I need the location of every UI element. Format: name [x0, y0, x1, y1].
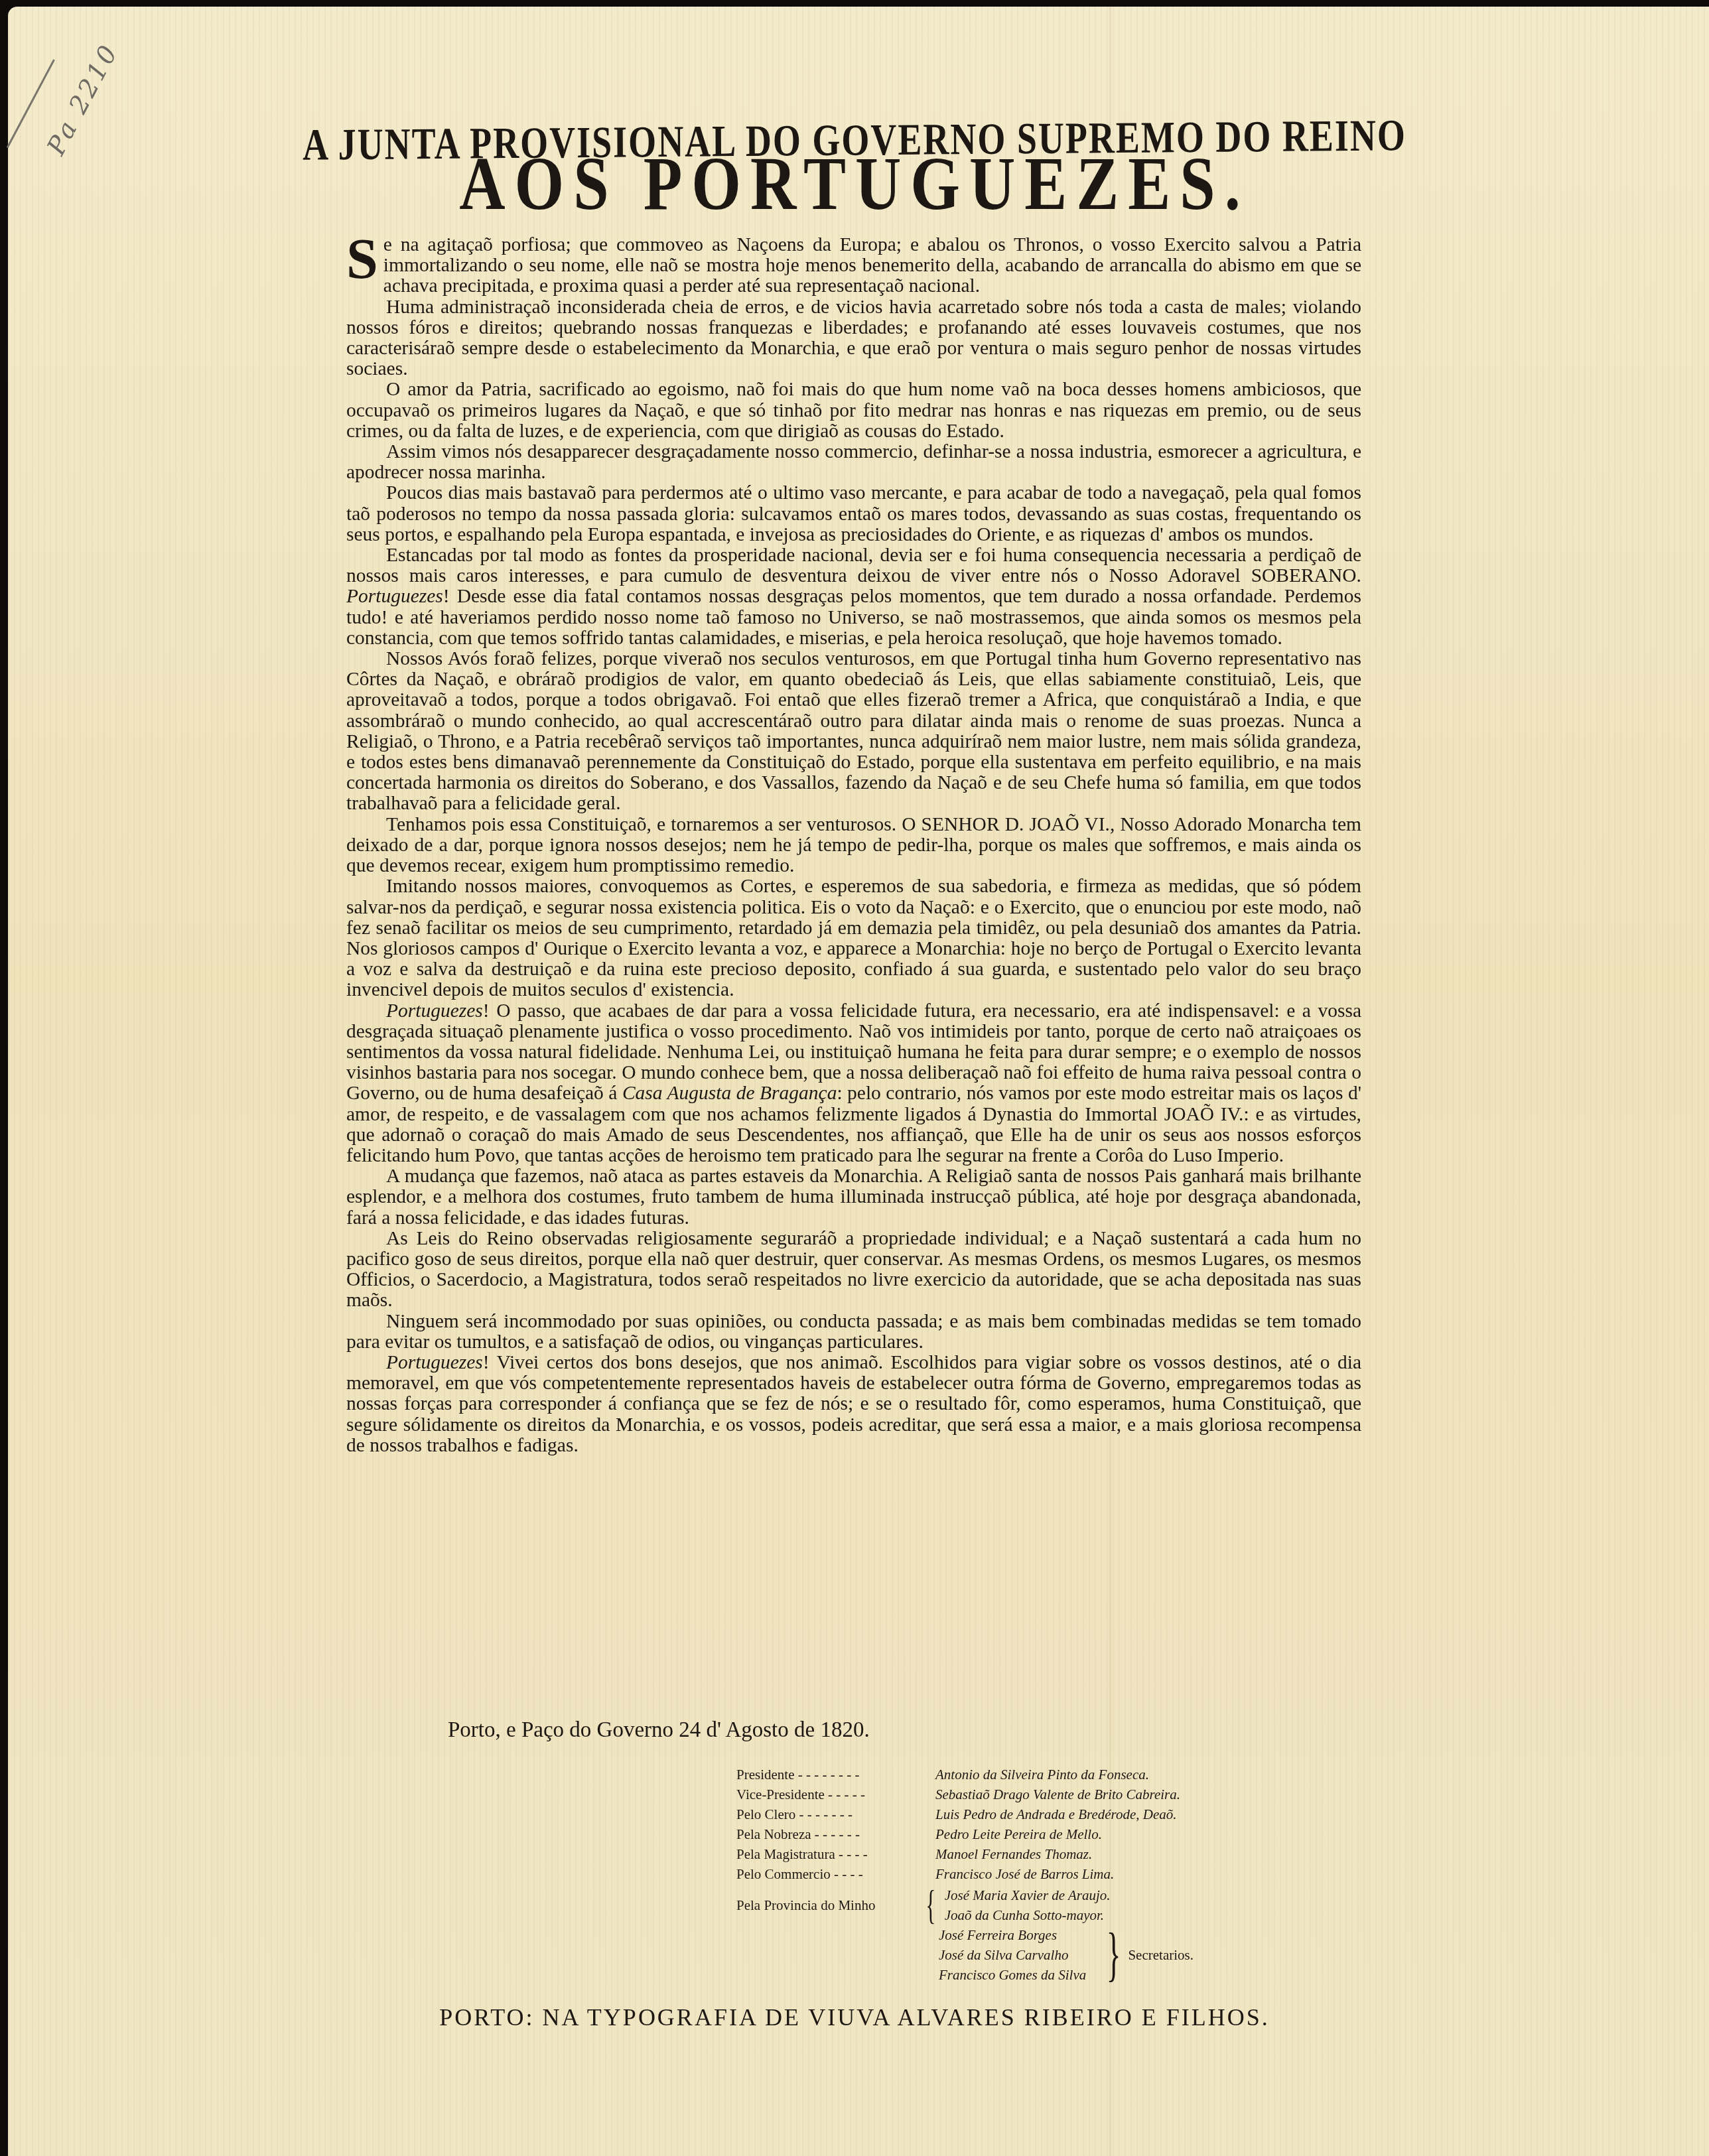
- secretary-names: José Ferreira BorgesJosé da Silva Carval…: [736, 1925, 1086, 1985]
- paragraph: O amor da Patria, sacrificado ao egoismo…: [346, 379, 1361, 442]
- printer-imprint: PORTO: NA TYPOGRAFIA DE VIUVA ALVARES RI…: [0, 2003, 1709, 2031]
- signatory-name: Manoel Fernandes Thomaz.: [935, 1844, 1092, 1864]
- italic-emphasis: Portuguezes: [386, 1352, 483, 1373]
- paragraph: Assim vimos nós desapparecer desgraçadam…: [346, 442, 1361, 483]
- proclamation-body: Se na agitaçaõ porfiosa; que commoveo as…: [346, 235, 1361, 1456]
- paragraph: Se na agitaçaõ porfiosa; que commoveo as…: [346, 235, 1361, 297]
- signatory-name: José Maria Xavier de Araujo.: [945, 1885, 1111, 1905]
- italic-emphasis: Portuguezes: [346, 586, 443, 607]
- signatory-name: Francisco José de Barros Lima.: [935, 1864, 1114, 1884]
- paragraph: Nossos Avós foraõ felizes, porque vivera…: [346, 649, 1361, 815]
- signature-row: Presidente - - - - - - - -Antonio da Sil…: [736, 1765, 1194, 1785]
- signature-block: Presidente - - - - - - - -Antonio da Sil…: [736, 1765, 1194, 1985]
- paragraph: Estancadas por tal modo as fontes da pro…: [346, 545, 1361, 649]
- signatory-name: Luis Pedro de Andrada e Bredérode, Deaõ.: [935, 1804, 1177, 1824]
- paragraph: Huma administraçaõ inconsiderada cheia d…: [346, 297, 1361, 380]
- paragraph: As Leis do Reino observadas religiosamen…: [346, 1229, 1361, 1312]
- signatory-role: Presidente - - - - - - - -: [736, 1765, 935, 1785]
- paragraph: A mudança que fazemos, naõ ataca as part…: [346, 1166, 1361, 1229]
- signatory-role: Pelo Clero - - - - - - -: [736, 1804, 935, 1824]
- secretaries-label: Secretarios.: [1128, 1945, 1194, 1965]
- paragraph: Ninguem será incommodado por suas opiniõ…: [346, 1312, 1361, 1353]
- signatory-name: Sebastiaõ Drago Valente de Brito Cabreir…: [935, 1785, 1180, 1804]
- secretaries-group: José Ferreira BorgesJosé da Silva Carval…: [736, 1925, 1194, 1985]
- document-headline: AOS PORTUGUEZES.: [0, 139, 1709, 227]
- paragraph: Portuguezes! O passo, que acabaes de dar…: [346, 1001, 1361, 1167]
- signatory-name: Francisco Gomes da Silva: [939, 1965, 1086, 1985]
- right-brace-icon: }: [1107, 1925, 1121, 1985]
- signature-row: Pela Nobreza - - - - - -Pedro Leite Pere…: [736, 1824, 1194, 1844]
- drop-cap: S: [346, 237, 378, 280]
- signatory-role: Vice-Presidente - - - - -: [736, 1785, 935, 1804]
- signatory-role: Pela Magistratura - - - -: [736, 1844, 935, 1864]
- signatory-name: José da Silva Carvalho: [939, 1945, 1086, 1965]
- signature-row: Pelo Clero - - - - - - -Luis Pedro de An…: [736, 1804, 1194, 1824]
- paragraph: Imitando nossos maiores, convoquemos as …: [346, 876, 1361, 1000]
- italic-emphasis: Portuguezes: [386, 1000, 483, 1022]
- paragraph: Poucos dias mais bastavaõ para perdermos…: [346, 483, 1361, 545]
- left-brace-icon: {: [925, 1885, 935, 1925]
- signatory-role: Pela Nobreza - - - - - -: [736, 1824, 935, 1844]
- paragraph: Portuguezes! Vivei certos dos bons desej…: [346, 1353, 1361, 1456]
- minho-names: José Maria Xavier de Araujo.Joaõ da Cunh…: [945, 1885, 1111, 1925]
- italic-emphasis: Casa Augusta de Bragança: [622, 1083, 837, 1104]
- dateline: Porto, e Paço do Governo 24 d' Agosto de…: [448, 1718, 870, 1743]
- signatory-name: Antonio da Silveira Pinto da Fonseca.: [935, 1765, 1149, 1785]
- signature-row: Pela Magistratura - - - -Manoel Fernande…: [736, 1844, 1194, 1864]
- signature-row: Vice-Presidente - - - - -Sebastiaõ Drago…: [736, 1785, 1194, 1804]
- paragraph: Tenhamos pois essa Constituiçaõ, e torna…: [346, 815, 1361, 877]
- signatory-role: Pelo Commercio - - - -: [736, 1864, 935, 1884]
- signatory-name: Joaõ da Cunha Sotto-mayor.: [945, 1905, 1111, 1925]
- signatory-role: Pela Provincia do Minho: [736, 1895, 935, 1915]
- signature-row: Pelo Commercio - - - -Francisco José de …: [736, 1864, 1194, 1884]
- signatory-name: Pedro Leite Pereira de Mello.: [935, 1824, 1102, 1844]
- signatory-name: José Ferreira Borges: [939, 1925, 1086, 1945]
- minho-signatories: Pela Provincia do Minho{José Maria Xavie…: [736, 1885, 1194, 1925]
